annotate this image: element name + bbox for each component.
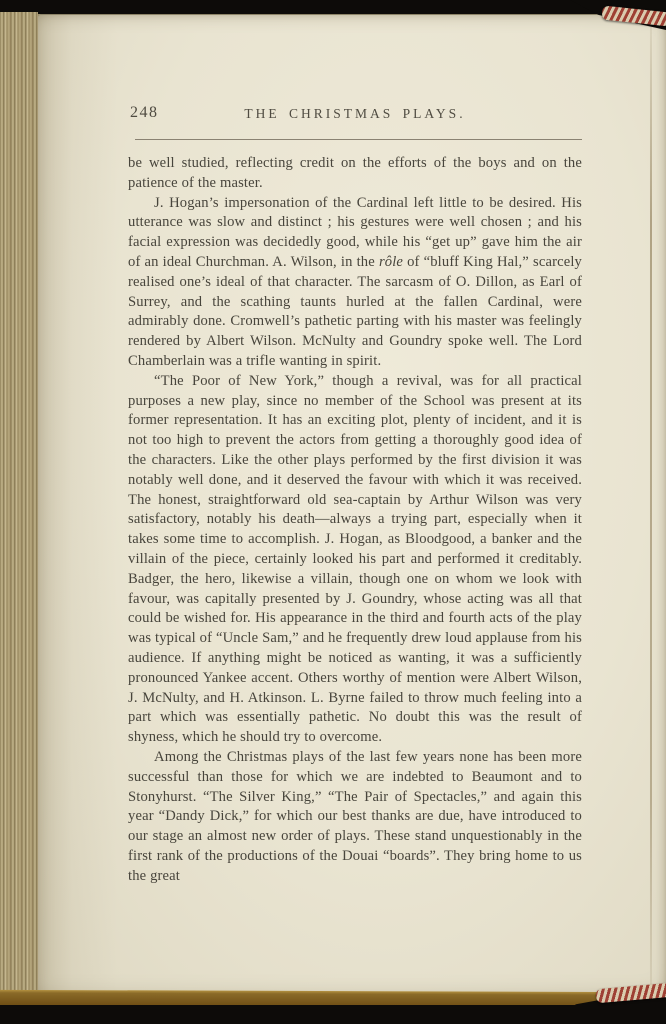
paragraph-hogan-cardinal: J. Hogan’s impersonation of the Cardinal… bbox=[128, 194, 582, 372]
background-bottom bbox=[0, 1005, 666, 1024]
scanned-book-photo: 248 THE CHRISTMAS PLAYS. be well studied… bbox=[0, 0, 666, 1024]
running-title: THE CHRISTMAS PLAYS. bbox=[128, 106, 582, 122]
paragraph-among-christmas-plays: Among the Christmas plays of the last fe… bbox=[128, 748, 582, 887]
page-header: 248 THE CHRISTMAS PLAYS. bbox=[128, 104, 582, 124]
page-crease bbox=[650, 27, 652, 993]
page-edges-left bbox=[0, 12, 38, 1004]
paragraph-continuation: be well studied, reflecting credit on th… bbox=[128, 154, 582, 194]
book-page: 248 THE CHRISTMAS PLAYS. be well studied… bbox=[38, 14, 666, 1003]
page-text: be well studied, reflecting credit on th… bbox=[128, 154, 582, 886]
paragraph-poor-of-new-york: “The Poor of New York,” though a revival… bbox=[128, 372, 582, 748]
paragraph-segment: of “bluff King Hal,” scarcely realised o… bbox=[128, 254, 582, 369]
italic-word: rôle bbox=[379, 254, 403, 270]
header-rule bbox=[135, 139, 582, 140]
